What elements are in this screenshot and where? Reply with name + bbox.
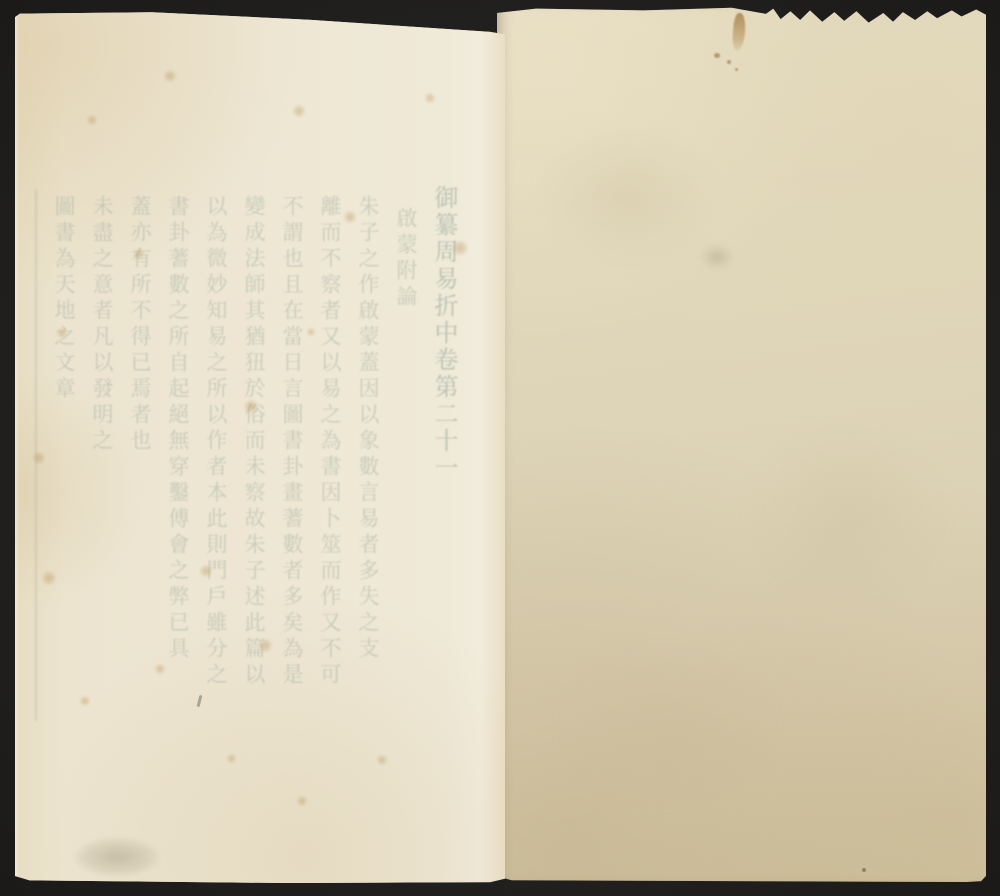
paper-mottling — [537, 126, 717, 266]
ghost-column-body: 不謂也且在當日言圖書卦畫蓍數者多矣為是 — [273, 185, 311, 745]
ghost-column-section-heading: 啟蒙附論 — [387, 185, 425, 745]
ghost-column-body: 圖書為天地之文章 — [45, 185, 83, 745]
ink-drip-stain — [732, 13, 747, 52]
foxing-spot — [134, 249, 144, 259]
foxing-spot — [297, 796, 307, 806]
foxing-spot — [57, 328, 67, 338]
right-blank-page — [497, 6, 986, 882]
foxing-spot — [164, 70, 176, 82]
book-scan: { "book": { "kind": "scanned woodblock-p… — [0, 0, 1000, 896]
foxing-spot — [244, 400, 258, 413]
pencil-mark — [197, 695, 203, 707]
soft-gray-stain — [700, 244, 734, 270]
foxing-spot — [155, 664, 165, 674]
stain-dot — [727, 60, 731, 64]
paper-mottling — [747, 426, 947, 606]
stain-dot — [735, 68, 738, 71]
foxing-spot — [227, 754, 236, 763]
paper-mottling — [557, 646, 777, 806]
ghost-column-body: 書卦蓍數之所自起絕無穿鑿傅會之弊已具 — [159, 185, 197, 745]
ghost-column-volume-title: 御纂周易折中卷第二十一 — [425, 185, 463, 745]
left-page: 御纂周易折中卷第二十一 啟蒙附論 朱子之作啟蒙蓋因以象數言易者多失之支 離而不察… — [15, 11, 505, 883]
foxing-spot — [344, 211, 356, 223]
foxing-spot — [259, 639, 272, 652]
foxing-spot — [452, 241, 468, 255]
foxing-spot — [307, 328, 315, 336]
dark-speck — [862, 868, 866, 872]
foxing-spot — [377, 755, 387, 765]
foxing-spot — [293, 105, 305, 117]
ghost-column-body: 變成法師其猶狃於俗而未察故朱子述此篇以 — [235, 185, 273, 745]
ghost-column-body: 未盡之意者凡以發明之 — [83, 185, 121, 745]
gray-smudge — [75, 838, 159, 876]
ghost-column-body: 離而不察者又以易之為書因卜筮而作又不可 — [311, 185, 349, 745]
ghost-column-body: 以為微妙知易之所以作者本此則門戶雖分之 — [197, 185, 235, 745]
foxing-spot — [33, 452, 45, 464]
ghost-column-body: 蓋亦有所不得已焉者也 — [121, 185, 159, 745]
foxing-spot — [87, 115, 97, 125]
ghost-column-body: 朱子之作啟蒙蓋因以象數言易者多失之支 — [349, 185, 387, 745]
foxing-spot — [42, 571, 56, 585]
foxing-spot — [200, 565, 212, 577]
foxing-spot — [80, 696, 90, 706]
ghost-text-block: 御纂周易折中卷第二十一 啟蒙附論 朱子之作啟蒙蓋因以象數言易者多失之支 離而不察… — [45, 185, 463, 745]
foxing-spot — [425, 93, 435, 103]
stain-dot — [714, 53, 720, 58]
